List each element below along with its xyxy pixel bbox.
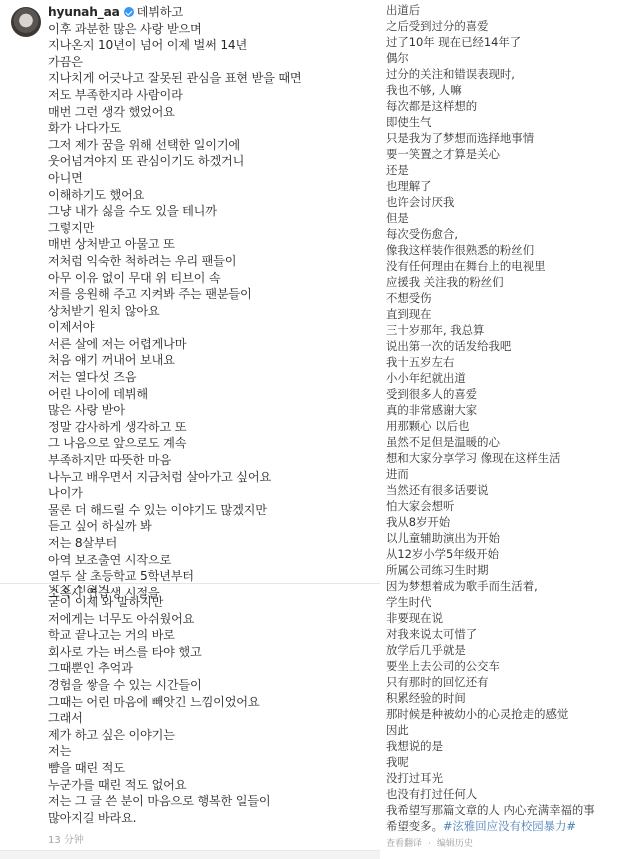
translation-line: 受到很多人的喜爱 [386,386,640,402]
translation-line: 要坐上去公司的公交车 [386,658,640,674]
translation-line: 过了10年 现在已经14年了 [386,34,640,50]
caption-line: 저처럼 익숙한 척하려는 우리 팬들이 [48,253,378,270]
caption-line: 아니면 [48,170,378,187]
caption-line: 그렇지만 [48,220,378,237]
caption-line: 정말 감사하게 생각하고 또 [48,419,378,436]
translation-line: 因为梦想着成为歌手而生活着, [386,578,640,594]
translation-line: 即使生气 [386,114,640,130]
caption-line: 그 나음으로 앞으로도 계속 [48,435,378,452]
translation-line: 从12岁小学5年级开始 [386,546,640,562]
translation-line: 过分的关注和错误表现时, [386,66,640,82]
caption-line: 그저 제가 꿈을 위해 선택한 일이기에 [48,137,378,154]
caption-line: 나이가 [48,485,378,502]
translation-line: 也理解了 [386,178,640,194]
caption-line: 어린 나이에 데뷔해 [48,386,378,403]
translation-line: 用那颗心 以后也 [386,418,640,434]
caption-line: 듣고 싶어 하실까 봐 [48,518,378,535]
translation-line: 之后受到过分的喜爱 [386,18,640,34]
translation-line: 出道后 [386,2,640,18]
translation-line: 进而 [386,466,640,482]
caption-line: 많은 사랑 받아 [48,402,378,419]
translation-line: 三十岁那年, 我总算 [386,322,640,338]
translation-line: 怕大家会想听 [386,498,640,514]
translation-line: 小小年纪就出道 [386,370,640,386]
caption-line: 경험을 쌓을 수 있는 시간들이 [48,677,378,694]
caption-line: 누군가를 때린 적도 없어요 [48,777,378,794]
caption-header: hyunah_aa데뷔하고 [48,4,378,21]
translation-line-text: 希望变多。 [386,819,443,833]
translation-last-line: 希望变多。#泫雅回应没有校园暴力# [386,818,640,834]
caption-line: 처음 얘기 꺼내어 보내요 [48,352,378,369]
caption-line: 웃어넘겨야지 또 관심이기도 하겠거니 [48,153,378,170]
translation-line: 说出第一次的话发给我吧 [386,338,640,354]
caption-line: 저는 열다섯 즈음 [48,369,378,386]
translation-line: 但是 [386,210,640,226]
caption-line: 그때뿐인 추억과 [48,660,378,677]
weibo-translation-post: 出道后之后受到过分的喜爱过了10年 现在已经14年了偶尔过分的关注和错误表现时,… [386,0,640,859]
translation-line: 对我来说太可惜了 [386,626,640,642]
translation-line: 每次都是这样想的 [386,98,640,114]
translation-line: 我想说的是 [386,738,640,754]
caption-line: 뺨을 때린 적도 [48,760,378,777]
translation-line: 放学后几乎就是 [386,642,640,658]
post-meta-actions: 查看翻译·编辑历史 [386,836,640,849]
translation-line: 直到现在 [386,306,640,322]
caption-line: 화가 나다가도 [48,120,378,137]
caption-line: 학교 끝나고는 거의 바로 [48,627,378,644]
meta-separator: · [428,839,431,849]
translation-line: 那时候是种被幼小的心灵抢走的感觉 [386,706,640,722]
translation-line: 虽然不足但是温暖的心 [386,434,640,450]
translation-line: 以儿童辅助演出为开始 [386,530,640,546]
post-caption-lower: 굳이 이제 와 말하지만저에게는 너무도 아쉬웠어요학교 끝나고는 거의 바로회… [48,594,378,846]
translation-line: 也没有打过任何人 [386,786,640,802]
caption-line: 상처받기 원치 않아요 [48,303,378,320]
translation-line: 不想受伤 [386,290,640,306]
caption-line: 제가 하고 싶은 이야기는 [48,727,378,744]
translation-line: 学生时代 [386,594,640,610]
caption-line: 지나온지 10년이 넘어 이제 벌써 14년 [48,37,378,54]
caption-line: 이후 과분한 많은 사랑 받으며 [48,21,378,38]
post-timestamp: 13 分钟 [48,831,378,846]
caption-line: 물론 더 해드릴 수 있는 이야기도 많겠지만 [48,502,378,519]
verified-badge-icon [124,7,134,17]
caption-line: 그때는 어린 마음에 빼앗긴 느낌이었어요 [48,694,378,711]
translation-line: 我呢 [386,754,640,770]
translation-line: 所属公司练习生时期 [386,562,640,578]
post-caption-upper: hyunah_aa데뷔하고 이후 과분한 많은 사랑 받으며지나온지 10년이 … [48,4,378,601]
translation-line: 我希望写那篇文章的人 内心充满幸福的事 [386,802,640,818]
translation-line: 我也不够, 人嘛 [386,82,640,98]
caption-line: 이제서야 [48,319,378,336]
translation-line: 我从8岁开始 [386,514,640,530]
caption-line: 이해하기도 했어요 [48,187,378,204]
translation-line: 想和大家分享学习 像现在这样生活 [386,450,640,466]
caption-line: 저는 8살부터 [48,535,378,552]
avatar[interactable] [11,7,41,37]
translation-line: 只是我为了梦想而选择地事情 [386,130,640,146]
translation-line: 要一笑置之才算是关心 [386,146,640,162]
translation-line: 没打过耳光 [386,770,640,786]
caption-line: 서른 살에 저는 어렵게나마 [48,336,378,353]
caption-line: 지나치게 어긋나고 잘못된 관심을 표현 받을 때면 [48,70,378,87]
translation-line: 只有那时的回忆还有 [386,674,640,690]
hashtag-link[interactable]: #泫雅回应没有校园暴力# [443,819,576,833]
caption-line: 그냥 내가 싫을 수도 있을 테니까 [48,203,378,220]
caption-line: 회사로 가는 버스를 타야 했고 [48,644,378,661]
translation-line: 像我这样装作很熟悉的粉丝们 [386,242,640,258]
caption-line: 많아지길 바라요. [48,810,378,827]
caption-line: 저는 그 글 쓴 분이 마음으로 행복한 일들이 [48,793,378,810]
caption-line: 저는 [48,743,378,760]
username-link[interactable]: hyunah_aa [48,5,120,19]
caption-line: 굳이 이제 와 말하지만 [48,594,378,611]
bottom-divider [0,850,380,859]
screenshot-divider [0,583,380,584]
translation-line: 当然还有很多话要说 [386,482,640,498]
view-translation-link[interactable]: 查看翻译 [386,839,422,849]
translation-line: 因此 [386,722,640,738]
caption-line: 그래서 [48,710,378,727]
caption-line: 가끔은 [48,54,378,71]
caption-line: 나누고 배우면서 지금처럼 살아가고 싶어요 [48,469,378,486]
caption-line: 매번 그런 생각 했었어요 [48,104,378,121]
edit-history-link[interactable]: 编辑历史 [437,839,473,849]
translation-line: 积累经验的时间 [386,690,640,706]
translation-line: 真的非常感谢大家 [386,402,640,418]
translation-line: 也许会讨厌我 [386,194,640,210]
translation-text: 出道后之后受到过分的喜爱过了10年 现在已经14年了偶尔过分的关注和错误表现时,… [386,2,640,849]
translation-line: 应援我 关注我的粉丝们 [386,274,640,290]
caption-line: 저에게는 너무도 아쉬웠어요 [48,611,378,628]
caption-line: 부족하지만 따뜻한 마음 [48,452,378,469]
caption-line: 저도 부족한지라 사람이라 [48,87,378,104]
caption-line: 아무 이유 없이 무대 위 티브이 속 [48,270,378,287]
caption-line: 아역 보조출연 시작으로 [48,552,378,569]
translation-line: 还是 [386,162,640,178]
translation-line: 偶尔 [386,50,640,66]
translation-line: 我十五岁左右 [386,354,640,370]
translation-line: 没有任何理由在舞台上的电视里 [386,258,640,274]
caption-line: 저를 응원해 주고 지켜봐 주는 팬분들이 [48,286,378,303]
instagram-post-korean: hyunah_aa데뷔하고 이후 과분한 많은 사랑 받으며지나온지 10년이 … [0,0,380,859]
translation-line: 非要现在说 [386,610,640,626]
caption-line: 매번 상처받고 아물고 또 [48,236,378,253]
translation-line: 每次受伤愈合, [386,226,640,242]
caption-first-line: 데뷔하고 [137,5,183,19]
